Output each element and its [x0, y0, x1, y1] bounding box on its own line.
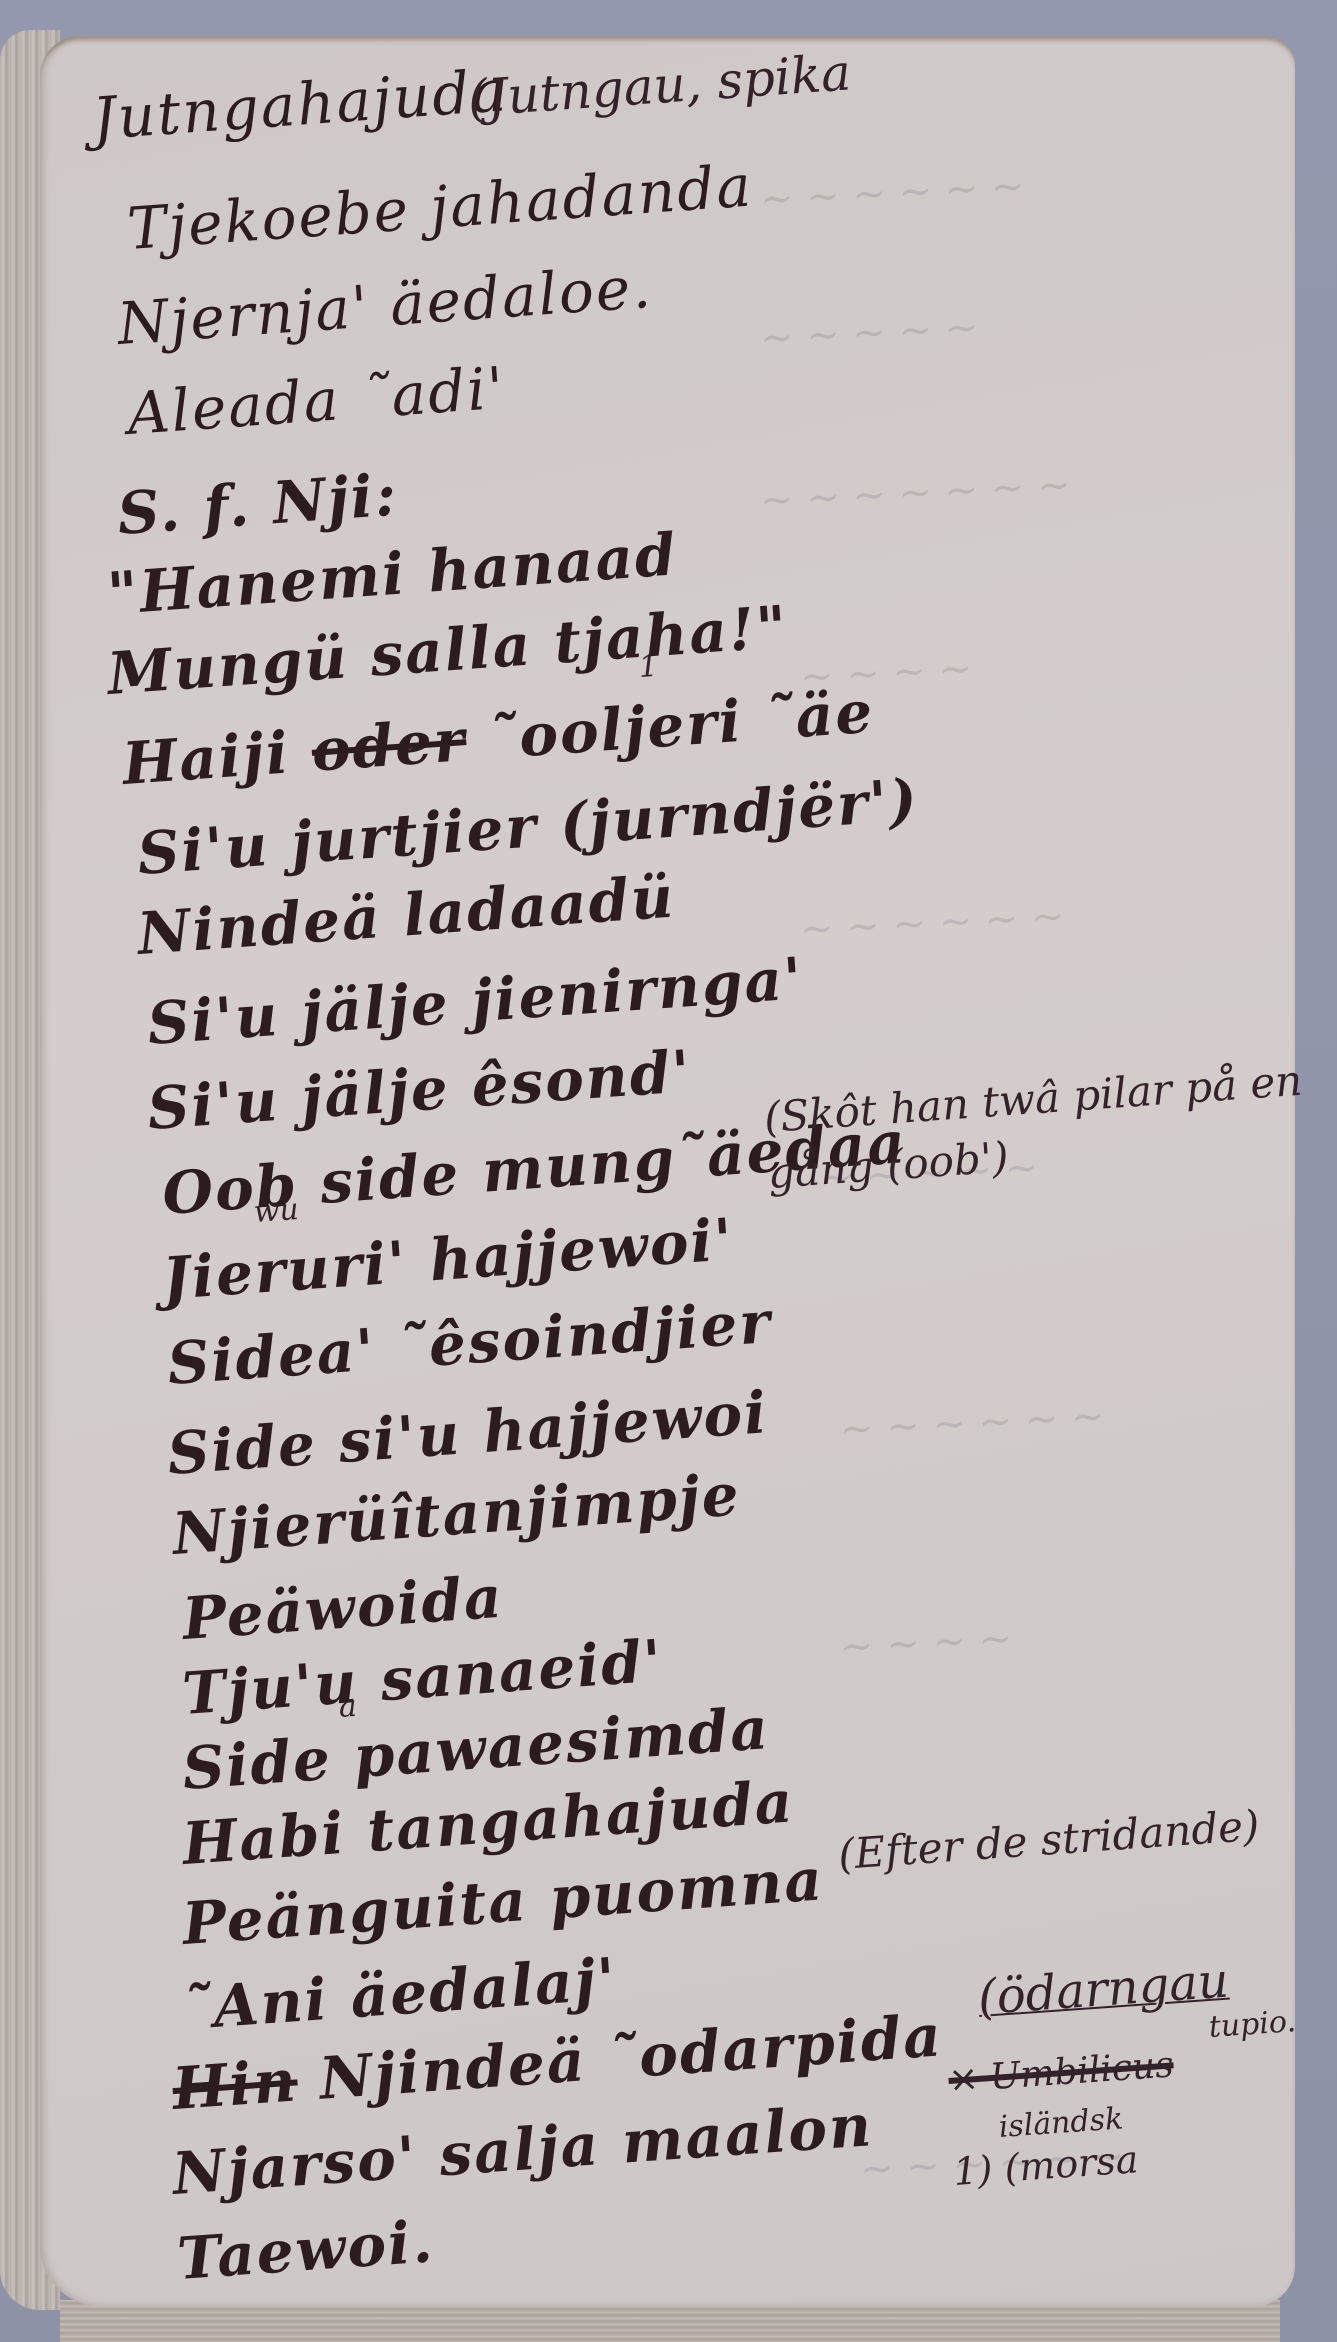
struck-word: oder [309, 706, 468, 785]
superscript-mark: wu [253, 1192, 300, 1230]
line-text: Haiji [120, 718, 292, 798]
page-stack-bottom [60, 2300, 1280, 2342]
struck-word: Hin [170, 2046, 299, 2123]
superscript-mark: a [338, 1689, 358, 1725]
bleed-through-text: ~ ~ ~ ~ [839, 1616, 1013, 1671]
superscript-mark: 1 [638, 649, 659, 685]
margin-note-continuation: tupio. [1208, 2004, 1297, 2045]
